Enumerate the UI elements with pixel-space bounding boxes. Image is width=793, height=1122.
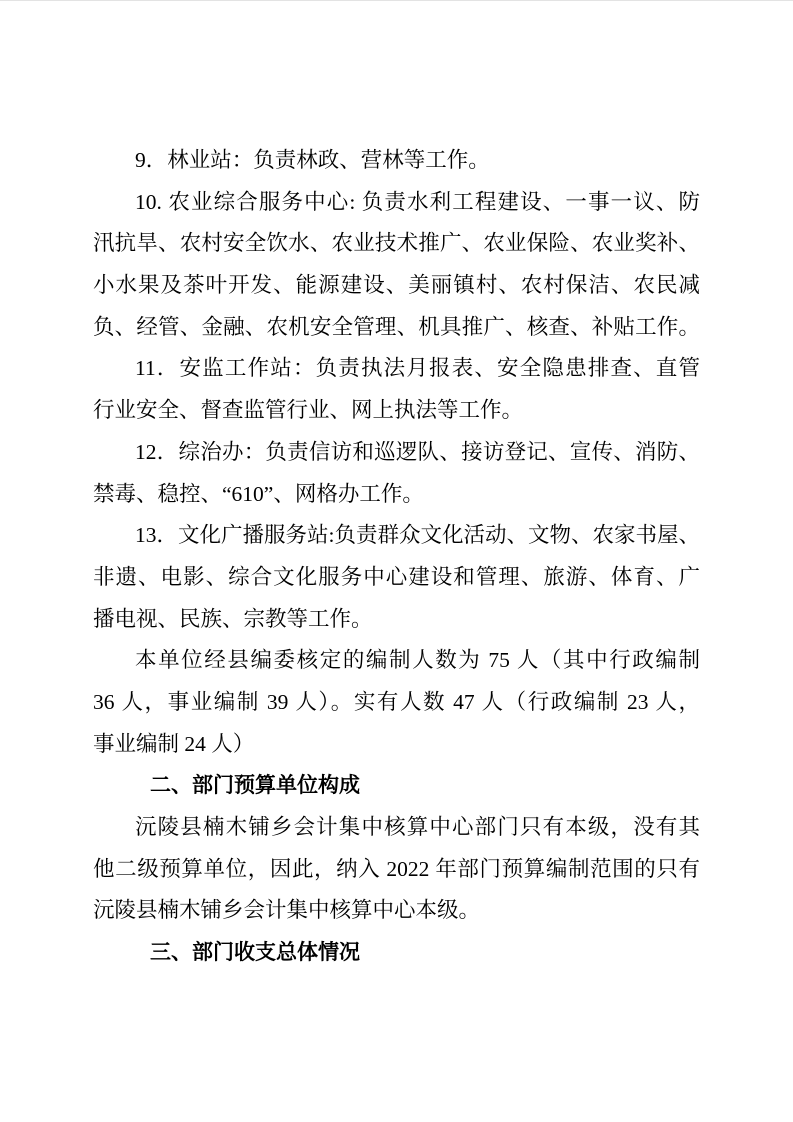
- text-line: 13．文化广播服务站:负责群众文化活动、文物、农家书屋、: [93, 515, 700, 557]
- document-body: 9．林业站：负责林政、营林等工作。10. 农业综合服务中心: 负责水利工程建设、…: [93, 140, 700, 974]
- section-heading: 二、部门预算单位构成: [93, 765, 700, 807]
- text-line: 11．安监工作站：负责执法月报表、安全隐患排查、直管: [93, 348, 700, 390]
- text-line: 负、经管、金融、农机安全管理、机具推广、核查、补贴工作。: [93, 307, 700, 349]
- text-line: 他二级预算单位，因此，纳入 2022 年部门预算编制范围的只有: [93, 849, 700, 891]
- text-line: 9．林业站：负责林政、营林等工作。: [93, 140, 700, 182]
- text-line: 播电视、民族、宗教等工作。: [93, 599, 700, 641]
- text-line: 行业安全、督查监管行业、网上执法等工作。: [93, 390, 700, 432]
- document-page: 9．林业站：负责林政、营林等工作。10. 农业综合服务中心: 负责水利工程建设、…: [0, 0, 793, 1122]
- text-line: 事业编制 24 人）: [93, 724, 700, 766]
- text-line: 非遗、电影、综合文化服务中心建设和管理、旅游、体育、广: [93, 557, 700, 599]
- text-line: 小水果及茶叶开发、能源建设、美丽镇村、农村保洁、农民减: [93, 265, 700, 307]
- text-line: 沅陵县楠木铺乡会计集中核算中心部门只有本级，没有其: [93, 807, 700, 849]
- text-line: 10. 农业综合服务中心: 负责水利工程建设、一事一议、防: [93, 182, 700, 224]
- text-line: 12．综治办：负责信访和巡逻队、接访登记、宣传、消防、: [93, 432, 700, 474]
- text-line: 本单位经县编委核定的编制人数为 75 人（其中行政编制: [93, 640, 700, 682]
- section-heading: 三、部门收支总体情况: [93, 932, 700, 974]
- text-line: 36 人，事业编制 39 人）。实有人数 47 人（行政编制 23 人，: [93, 682, 700, 724]
- text-line: 沅陵县楠木铺乡会计集中核算中心本级。: [93, 890, 700, 932]
- text-line: 汛抗旱、农村安全饮水、农业技术推广、农业保险、农业奖补、: [93, 223, 700, 265]
- text-line: 禁毒、稳控、“610”、网格办工作。: [93, 474, 700, 516]
